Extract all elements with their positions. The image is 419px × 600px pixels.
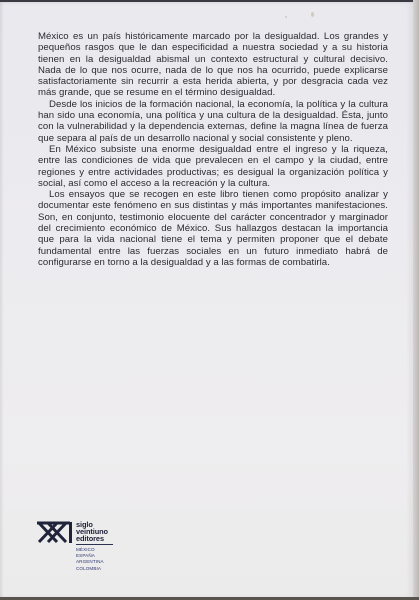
paper-stain <box>311 12 314 17</box>
paper-stain <box>285 16 287 18</box>
siglo-xxi-logo-icon <box>36 521 74 544</box>
publisher-name-line: editores <box>76 535 113 542</box>
country-label: COLOMBIA <box>76 566 113 572</box>
blurb-paragraph: Los ensayos que se recogen en este libro… <box>38 189 388 268</box>
publisher-name: siglo veintiuno editores <box>76 521 113 545</box>
cover-right-edge <box>413 0 419 600</box>
publisher-logo: siglo veintiuno editores MÉXICO ESPAÑA A… <box>36 521 113 572</box>
blurb-paragraph: En México subsiste una enorme desigualda… <box>38 144 388 189</box>
blurb-paragraph: Desde los inicios de la formación nacion… <box>38 99 388 144</box>
blurb-paragraph: México es un país históricamente marcado… <box>38 31 388 99</box>
book-back-cover: México es un país históricamente marcado… <box>0 2 414 598</box>
publisher-countries: MÉXICO ESPAÑA ARGENTINA COLOMBIA <box>76 547 113 573</box>
back-cover-blurb: México es un país históricamente marcado… <box>38 31 388 268</box>
